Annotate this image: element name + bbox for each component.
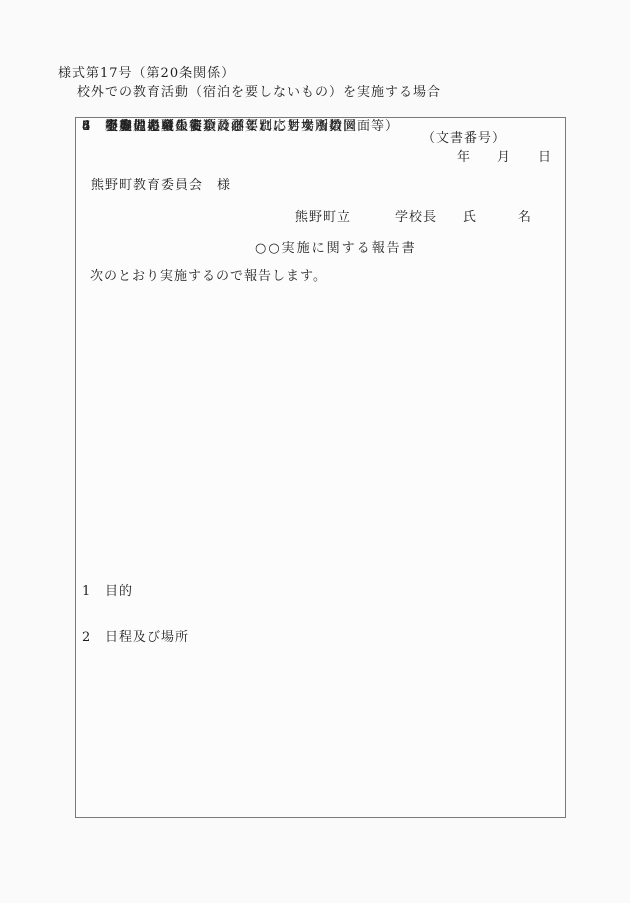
addressee-label: 熊野町教育委員会 様 bbox=[91, 177, 231, 195]
date-day-label: 日 bbox=[538, 149, 552, 167]
sender-org-label: 熊野町立 bbox=[295, 209, 351, 227]
item-label: 目的 bbox=[105, 583, 133, 601]
intro-text: 次のとおり実施するので報告します。 bbox=[90, 268, 327, 286]
item-label: 日程及び場所 bbox=[105, 629, 189, 647]
item-label: その他必要な事項（必要に応じ場所の図面等） bbox=[105, 118, 399, 136]
document-number-label: （文書番号） bbox=[422, 130, 506, 148]
sender-title-label: 学校長 bbox=[395, 209, 437, 227]
form-case-label: 校外での教育活動（宿泊を要しないもの）を実施する場合 bbox=[77, 84, 441, 102]
item-number: 2 bbox=[82, 629, 91, 647]
document-page: { "page": { "form_no": "様式第17号（第20条関係）",… bbox=[0, 0, 630, 903]
report-title: ○○実施に関する報告書 bbox=[255, 240, 417, 258]
item-number: 1 bbox=[82, 583, 91, 601]
item-number: 8 bbox=[82, 118, 91, 136]
date-month-label: 月 bbox=[497, 149, 511, 167]
report-form-frame: （文書番号） 年 月 日 熊野町教育委員会 様 熊野町立 学校長 氏 名 ○○実… bbox=[75, 117, 566, 818]
sender-givenname-label: 名 bbox=[518, 209, 532, 227]
form-number-label: 様式第17号（第20条関係） bbox=[58, 65, 235, 83]
sender-surname-label: 氏 bbox=[463, 209, 477, 227]
date-year-label: 年 bbox=[457, 149, 471, 167]
